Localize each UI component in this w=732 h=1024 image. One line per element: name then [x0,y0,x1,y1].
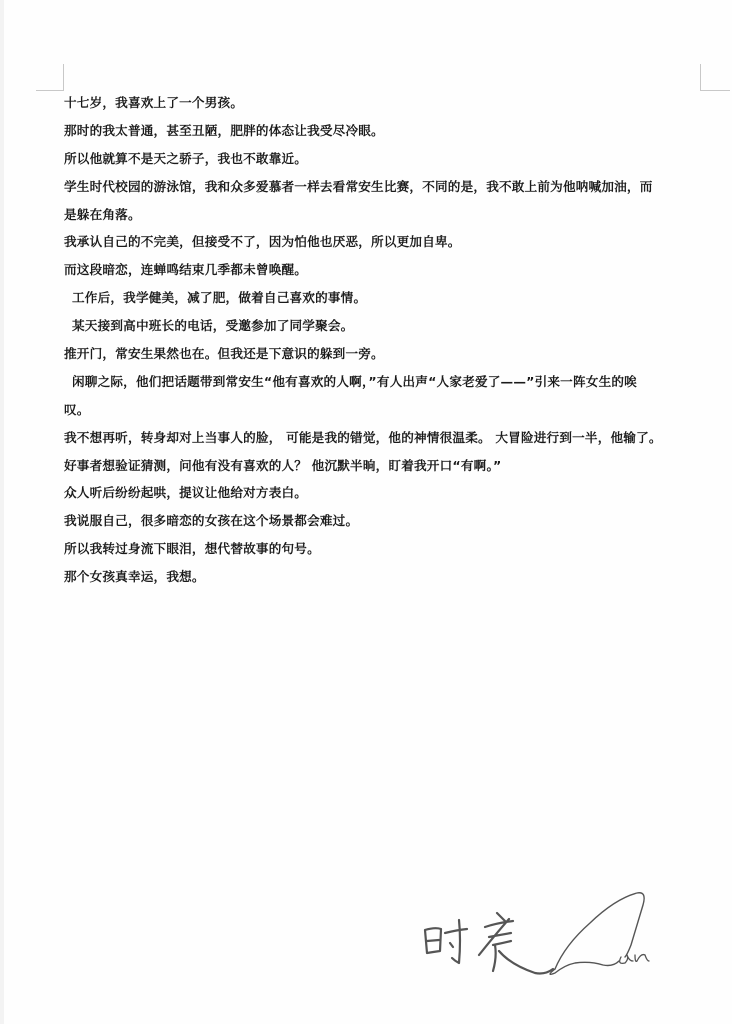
paragraph-line: 那时的我太普通，甚至丑陋，肥胖的体态让我受尽冷眼。 [64,117,714,145]
paragraph-line: 我承认自己的不完美，但接受不了，因为怕他也厌恶，所以更加自卑。 [64,228,714,256]
paragraph-line: 是躲在角落。 [64,201,714,229]
paragraph-line: 好事者想验证猜测，问他有没有喜欢的人？ 他沉默半晌，盯着我开口“有啊。” [64,452,714,480]
document-body: 十七岁，我喜欢上了一个男孩。 那时的我太普通，甚至丑陋，肥胖的体态让我受尽冷眼。… [64,89,714,591]
paragraph-line: 推开门，常安生果然也在。但我还是下意识的躲到一旁。 [64,340,714,368]
paragraph-line: 众人听后纷纷起哄，提议让他给对方表白。 [64,479,714,507]
paragraph-line: 十七岁，我喜欢上了一个男孩。 [64,89,714,117]
page-edge [0,0,4,1024]
paragraph-line: 我不想再听，转身却对上当事人的脸， 可能是我的错觉，他的神情很温柔。 大冒险进行… [64,424,714,452]
document-page: 十七岁，我喜欢上了一个男孩。 那时的我太普通，甚至丑陋，肥胖的体态让我受尽冷眼。… [0,0,732,1024]
paragraph-line: 所以我转过身流下眼泪，想代替故事的句号。 [64,535,714,563]
paragraph-line: 我说服自己，很多暗恋的女孩在这个场景都会难过。 [64,507,714,535]
paragraph-line: 学生时代校园的游泳馆，我和众多爱慕者一样去看常安生比赛，不同的是，我不敢上前为他… [64,173,714,201]
paragraph-line: 工作后，我学健美，减了肥，做着自己喜欢的事情。 [64,284,714,312]
paragraph-line: 闲聊之际，他们把话题带到常安生“他有喜欢的人啊，”有人出声“人家老爱了——”引来… [64,368,714,396]
paragraph-line: 而这段暗恋，连蝉鸣结束几季都未曾唤醒。 [64,256,714,284]
paragraph-line: 那个女孩真幸运，我想。 [64,563,714,591]
handwritten-signature [415,885,675,985]
paragraph-line: 叹。 [64,396,714,424]
paragraph-line: 某天接到高中班长的电话，受邀参加了同学聚会。 [64,312,714,340]
paragraph-line: 所以他就算不是天之骄子，我也不敢靠近。 [64,145,714,173]
